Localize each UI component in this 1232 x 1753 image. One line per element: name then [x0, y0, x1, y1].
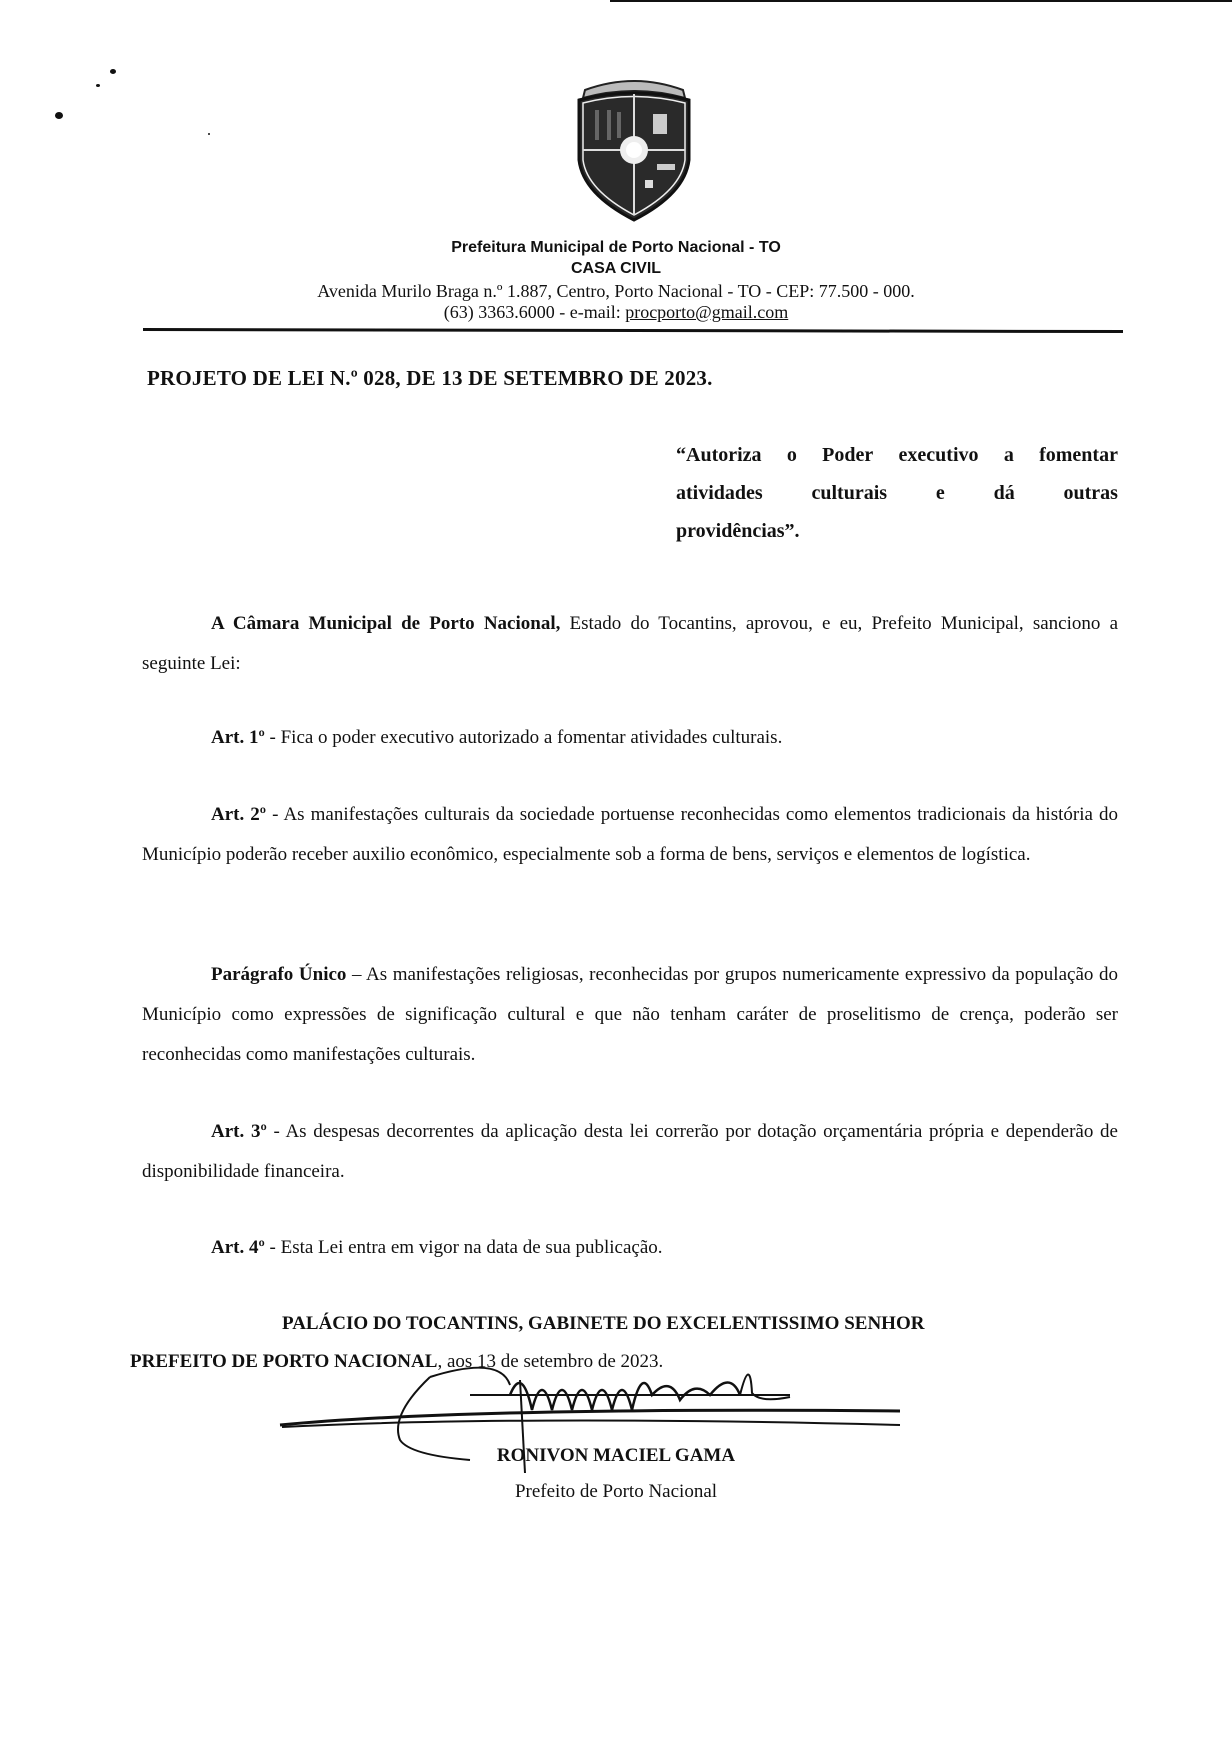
scan-speck — [110, 69, 116, 74]
article-label: Art. 3º — [211, 1121, 267, 1142]
sole-paragraph: Parágrafo Único – As manifestações relig… — [142, 955, 1118, 1075]
coat-of-arms-icon — [573, 72, 695, 222]
scan-speck — [55, 112, 63, 119]
ementa: “Autoriza o Poder executivo a fomentar a… — [676, 436, 1118, 550]
org-contact: (63) 3363.6000 - e-mail: procporto@gmail… — [0, 301, 1232, 323]
scan-speck — [208, 133, 210, 135]
article-3: Art. 3º - As despesas decorrentes da apl… — [142, 1112, 1118, 1192]
signatory-name: RONIVON MACIEL GAMA — [0, 1445, 1232, 1467]
department-name: CASA CIVIL — [0, 258, 1232, 280]
ementa-line-3: providências”. — [676, 512, 1118, 550]
closing-line-1: PALÁCIO DO TOCANTINS, GABINETE DO EXCELE… — [130, 1305, 1120, 1343]
org-email-link[interactable]: procporto@gmail.com — [625, 302, 788, 322]
org-phone: (63) 3363.6000 - e-mail: — [444, 302, 625, 322]
signatory-role: Prefeito de Porto Nacional — [0, 1481, 1232, 1503]
article-label: Art. 4º — [211, 1237, 265, 1258]
org-address: Avenida Murilo Braga n.º 1.887, Centro, … — [0, 280, 1232, 302]
article-label: Art. 2º — [211, 804, 266, 825]
scan-edge-line — [610, 0, 1232, 2]
closing-line-2: PREFEITO DE PORTO NACIONAL, aos 13 de se… — [130, 1343, 1120, 1381]
org-name: Prefeitura Municipal de Porto Nacional -… — [0, 237, 1232, 259]
article-label: Art. 1º — [211, 727, 265, 748]
article-1: Art. 1º - Fica o poder executivo autoriz… — [142, 718, 1118, 758]
article-text: - As despesas decorrentes da aplicação d… — [142, 1121, 1118, 1182]
article-2: Art. 2º - As manifestações culturais da … — [142, 795, 1118, 875]
article-text: - Esta Lei entra em vigor na data de sua… — [265, 1237, 663, 1258]
preamble-subject: A Câmara Municipal de Porto Nacional, — [211, 613, 560, 634]
header-divider — [143, 328, 1123, 333]
ementa-line-2: atividades culturais e dá outras — [676, 474, 1118, 512]
article-text: - Fica o poder executivo autorizado a fo… — [265, 727, 783, 748]
document-title: PROJETO DE LEI N.º 028, DE 13 DE SETEMBR… — [147, 366, 713, 391]
ementa-line-1: “Autoriza o Poder executivo a fomentar — [676, 436, 1118, 474]
preamble: A Câmara Municipal de Porto Nacional, Es… — [142, 604, 1118, 684]
article-4: Art. 4º - Esta Lei entra em vigor na dat… — [142, 1228, 1118, 1268]
closing-formula: PALÁCIO DO TOCANTINS, GABINETE DO EXCELE… — [130, 1305, 1120, 1381]
article-text: - As manifestações culturais da sociedad… — [142, 804, 1118, 865]
article-label: Parágrafo Único — [211, 964, 346, 985]
scan-speck — [96, 84, 100, 87]
